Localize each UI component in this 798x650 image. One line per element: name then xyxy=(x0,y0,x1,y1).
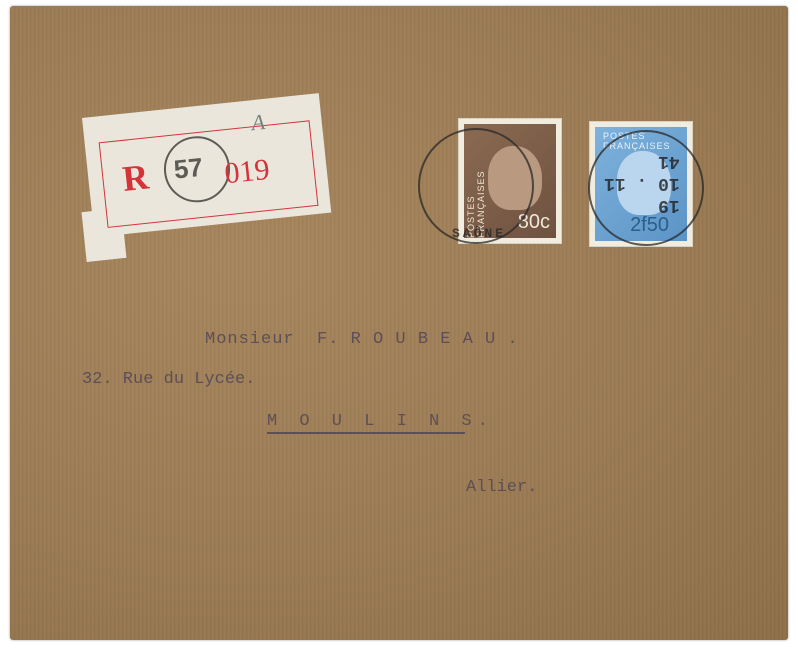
street-address: 32. Rue du Lycée. xyxy=(82,370,255,389)
recipient-name: Monsieur F. R O U B E A U . xyxy=(205,330,519,349)
city-underline xyxy=(267,432,465,434)
envelope xyxy=(10,6,788,640)
registration-number: 019 xyxy=(223,153,271,192)
city: M O U L I N S. xyxy=(267,412,494,431)
office-number: 57 xyxy=(172,152,204,186)
registration-letter: R xyxy=(120,155,150,199)
department: Allier. xyxy=(466,478,537,497)
postmark-town: SAÔNE xyxy=(452,226,506,241)
pencil-mark: A xyxy=(250,109,266,136)
registration-label: R 57 019 A xyxy=(82,93,331,237)
postmark-date: 19 10 . 11 41 xyxy=(604,150,680,216)
